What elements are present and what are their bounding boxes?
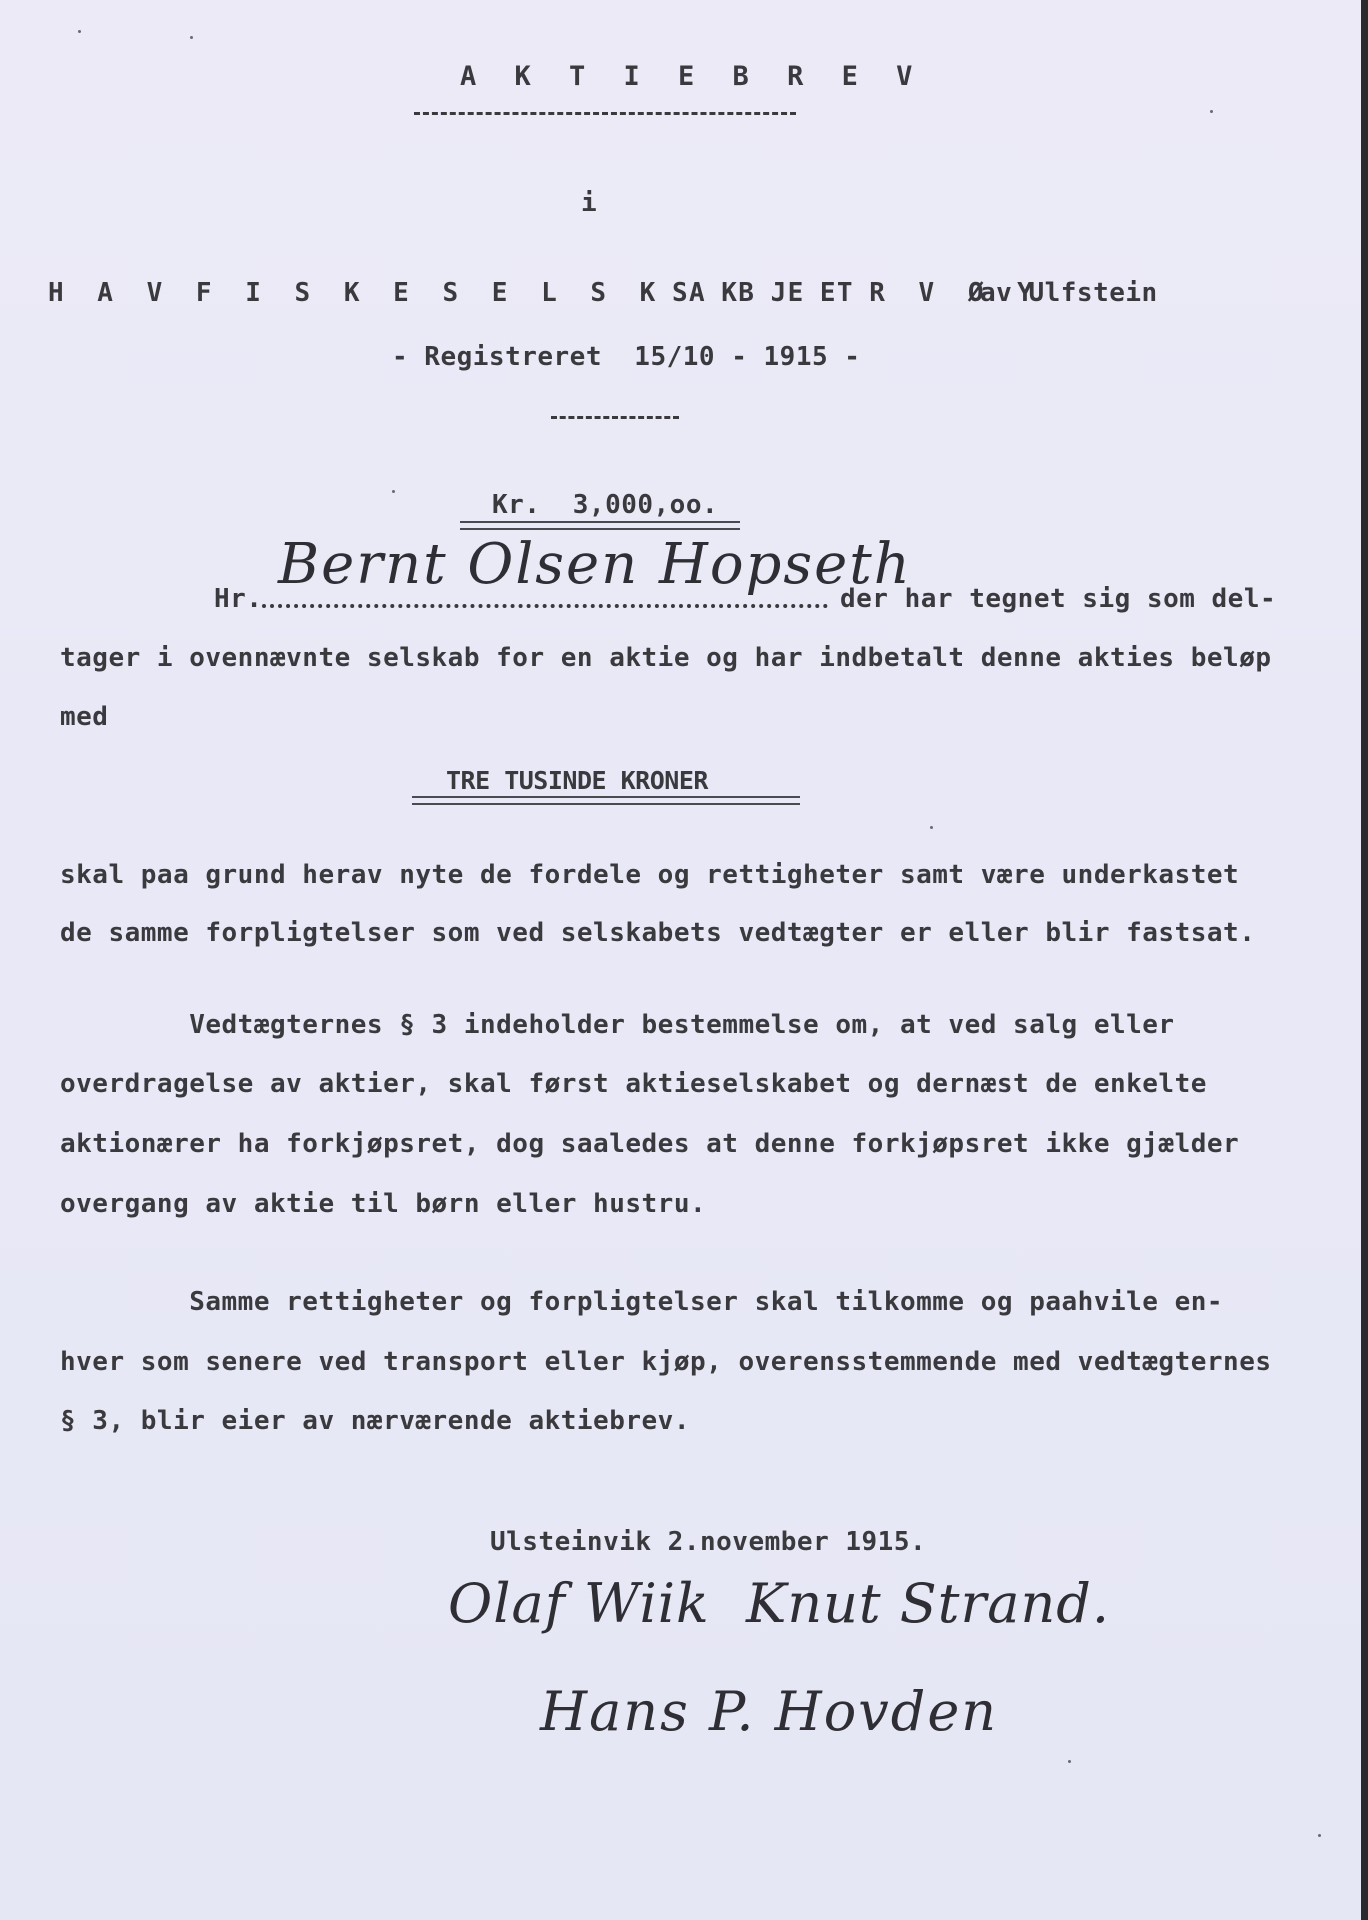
- signature-line-2: Hans P. Hovden: [540, 1680, 998, 1743]
- para3-line-1: Samme rettigheter og forpligtelser skal …: [60, 1287, 1223, 1317]
- paper-speck: [1318, 1834, 1321, 1837]
- holder-name-dotted-line: [262, 604, 828, 608]
- para2-line-4: overgang av aktie til børn eller hustru.: [60, 1189, 706, 1219]
- amount-words-underline: [412, 796, 800, 805]
- para1-line-2: de samme forpligtelser som ved selskabet…: [60, 918, 1255, 948]
- title-underline: [414, 112, 796, 115]
- signature-line-1: Olaf Wiik Knut Strand.: [448, 1572, 1110, 1635]
- holder-prefix: Hr.: [214, 584, 262, 614]
- para3-line-2: hver som senere ved transport eller kjøp…: [60, 1347, 1272, 1377]
- paper-speck: [190, 36, 193, 39]
- body-line-3: med: [60, 702, 108, 732]
- document-title: A K T I E B R E V: [460, 62, 923, 92]
- amount-figure: Kr. 3,000,oo.: [492, 490, 718, 520]
- amount-underline: [460, 521, 740, 530]
- body-line-1: der har tegnet sig som del-: [840, 584, 1276, 614]
- amount-words: TRE TUSINDE KRONER: [446, 766, 708, 796]
- preposition-text: i: [581, 188, 597, 218]
- registration-rule: [551, 416, 679, 419]
- place-date: Ulsteinvik 2.november 1915.: [490, 1527, 926, 1557]
- para2-line-2: overdragelse av aktier, skal først aktie…: [60, 1069, 1207, 1099]
- registration-line: - Registreret 15/10 - 1915 -: [392, 342, 860, 372]
- paper-speck: [930, 826, 933, 829]
- paper-speck: [392, 490, 395, 493]
- holder-name-handwritten: Bernt Olsen Hopseth: [278, 532, 912, 597]
- paper-speck: [1210, 110, 1213, 113]
- para3-line-3: § 3, blir eier av nærværende aktiebrev.: [60, 1406, 690, 1436]
- document-page: A K T I E B R E V i H A V F I S K E S E …: [0, 0, 1361, 1920]
- para2-line-3: aktionærer ha forkjøpsret, dog saaledes …: [60, 1129, 1239, 1159]
- company-location: av Ulfstein: [980, 278, 1158, 308]
- paper-speck: [1068, 1760, 1071, 1763]
- para2-line-1: Vedtægternes § 3 indeholder bestemmelse …: [60, 1010, 1175, 1040]
- paper-speck: [78, 30, 81, 33]
- body-line-2: tager i ovennævnte selskab for en aktie …: [60, 643, 1272, 673]
- para1-line-1: skal paa grund herav nyte de fordele og …: [60, 860, 1239, 890]
- scan-edge-shadow: [1361, 0, 1368, 1920]
